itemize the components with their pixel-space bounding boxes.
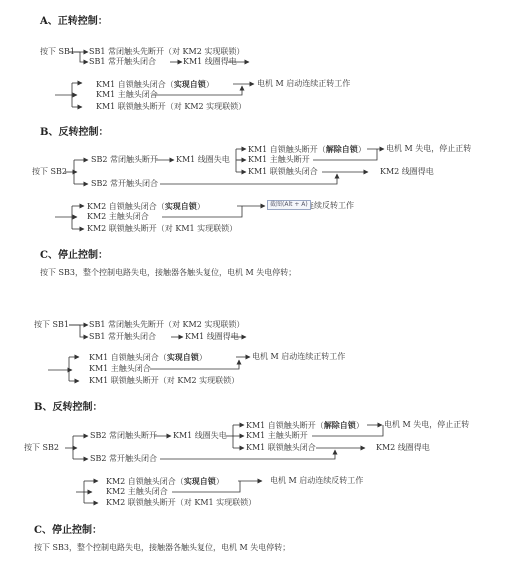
km1-interlock-close-text: KM1 联锁触头闭合 [248, 167, 318, 177]
press-sb1-label: 按下 SB1 [34, 320, 69, 330]
km1-interlock-close-text: KM1 联锁触头闭合 [246, 443, 316, 453]
sb2-no-contact-text: SB2 常开触头闭合 [91, 179, 158, 189]
section-c-heading: C、停止控制： [34, 525, 102, 537]
stop-control-text: 按下 SB3，整个控制电路失电，接触器各触头复位，电机 M 失电停转； [40, 268, 296, 278]
motor-forward-result: 电机 M 启动连续正转工作 [257, 79, 350, 89]
sb2-no-contact-text: SB2 常开触头闭合 [90, 454, 157, 464]
km1-main-contact-text: KM1 主触头闭合 [89, 364, 151, 374]
motor-reverse-result: 电机 M 启动连续反转工作 [270, 476, 363, 486]
section-c-heading: C、停止控制： [40, 250, 108, 262]
km2-main-contact-text: KM2 主触头闭合 [87, 212, 149, 222]
sb2-nc-contact-text: SB2 常闭触头断开 [90, 431, 157, 441]
press-sb2-label: 按下 SB2 [24, 443, 59, 453]
press-sb2-label: 按下 SB2 [32, 167, 67, 177]
sb1-no-contact-text: SB1 常开触头闭合 [89, 57, 156, 67]
km1-release-self-lock-text: KM1 自锁触头断开（解除自锁） [248, 144, 366, 155]
km2-coil-energized-text: KM2 线圈得电 [376, 443, 430, 453]
motor-forward-result: 电机 M 启动连续正转工作 [252, 352, 345, 362]
km1-main-open-text: KM1 主触头断开 [248, 155, 310, 165]
sb2-nc-contact-text: SB2 常闭触头断开 [91, 155, 158, 165]
km1-main-open-text: KM1 主触头断开 [246, 431, 308, 441]
stop-control-text: 按下 SB3，整个控制电路失电，接触器各触头复位，电机 M 失电停转； [34, 543, 290, 553]
km1-main-contact-text: KM1 主触头闭合 [96, 90, 158, 100]
km1-self-lock-text: KM1 自锁触头闭合（实现自锁） [89, 352, 207, 363]
km2-self-lock-text: KM2 自锁触头闭合（实现自锁） [106, 476, 224, 487]
km1-coil-energized-text: KM1 线圈得电 [183, 57, 237, 67]
sb1-nc-contact-text: SB1 常闭触头先断开（对 KM2 实现联锁） [89, 320, 244, 330]
km2-main-contact-text: KM2 主触头闭合 [106, 487, 168, 497]
section-a-heading: A、正转控制： [40, 16, 108, 28]
motor-stop-forward-result: 电机 M 失电，停止正转 [384, 420, 469, 430]
section-b-heading: B、反转控制： [40, 127, 108, 139]
km1-coil-energized-text: KM1 线圈得电 [185, 332, 239, 342]
km1-interlock-text: KM1 联锁触头断开（对 KM2 实现联锁） [96, 102, 246, 112]
screenshot-tooltip: 截图(Alt + A) [267, 200, 311, 210]
km1-coil-deenergized-text: KM1 线圈失电 [176, 155, 230, 165]
press-sb1-label: 按下 SB1 [40, 47, 75, 57]
km2-interlock-text: KM2 联锁触头断开（对 KM1 实现联锁） [106, 498, 256, 508]
km1-interlock-text: KM1 联锁触头断开（对 KM2 实现联锁） [89, 376, 239, 386]
sb1-no-contact-text: SB1 常开触头闭合 [89, 332, 156, 342]
km2-self-lock-text: KM2 自锁触头闭合（实现自锁） [87, 201, 205, 212]
km1-release-self-lock-text: KM1 自锁触头断开（解除自锁） [246, 420, 364, 431]
sb1-nc-contact-text: SB1 常闭触头先断开（对 KM2 实现联锁） [89, 47, 244, 57]
km1-coil-deenergized-text: KM1 线圈失电 [173, 431, 227, 441]
km2-coil-energized-text: KM2 线圈得电 [380, 167, 434, 177]
motor-stop-forward-result: 电机 M 失电，停止正转 [386, 144, 471, 154]
section-b-heading: B、反转控制： [34, 402, 102, 414]
km2-interlock-text: KM2 联锁触头断开（对 KM1 实现联锁） [87, 224, 237, 234]
km1-self-lock-text: KM1 自锁触头闭合（实现自锁） [96, 79, 214, 90]
